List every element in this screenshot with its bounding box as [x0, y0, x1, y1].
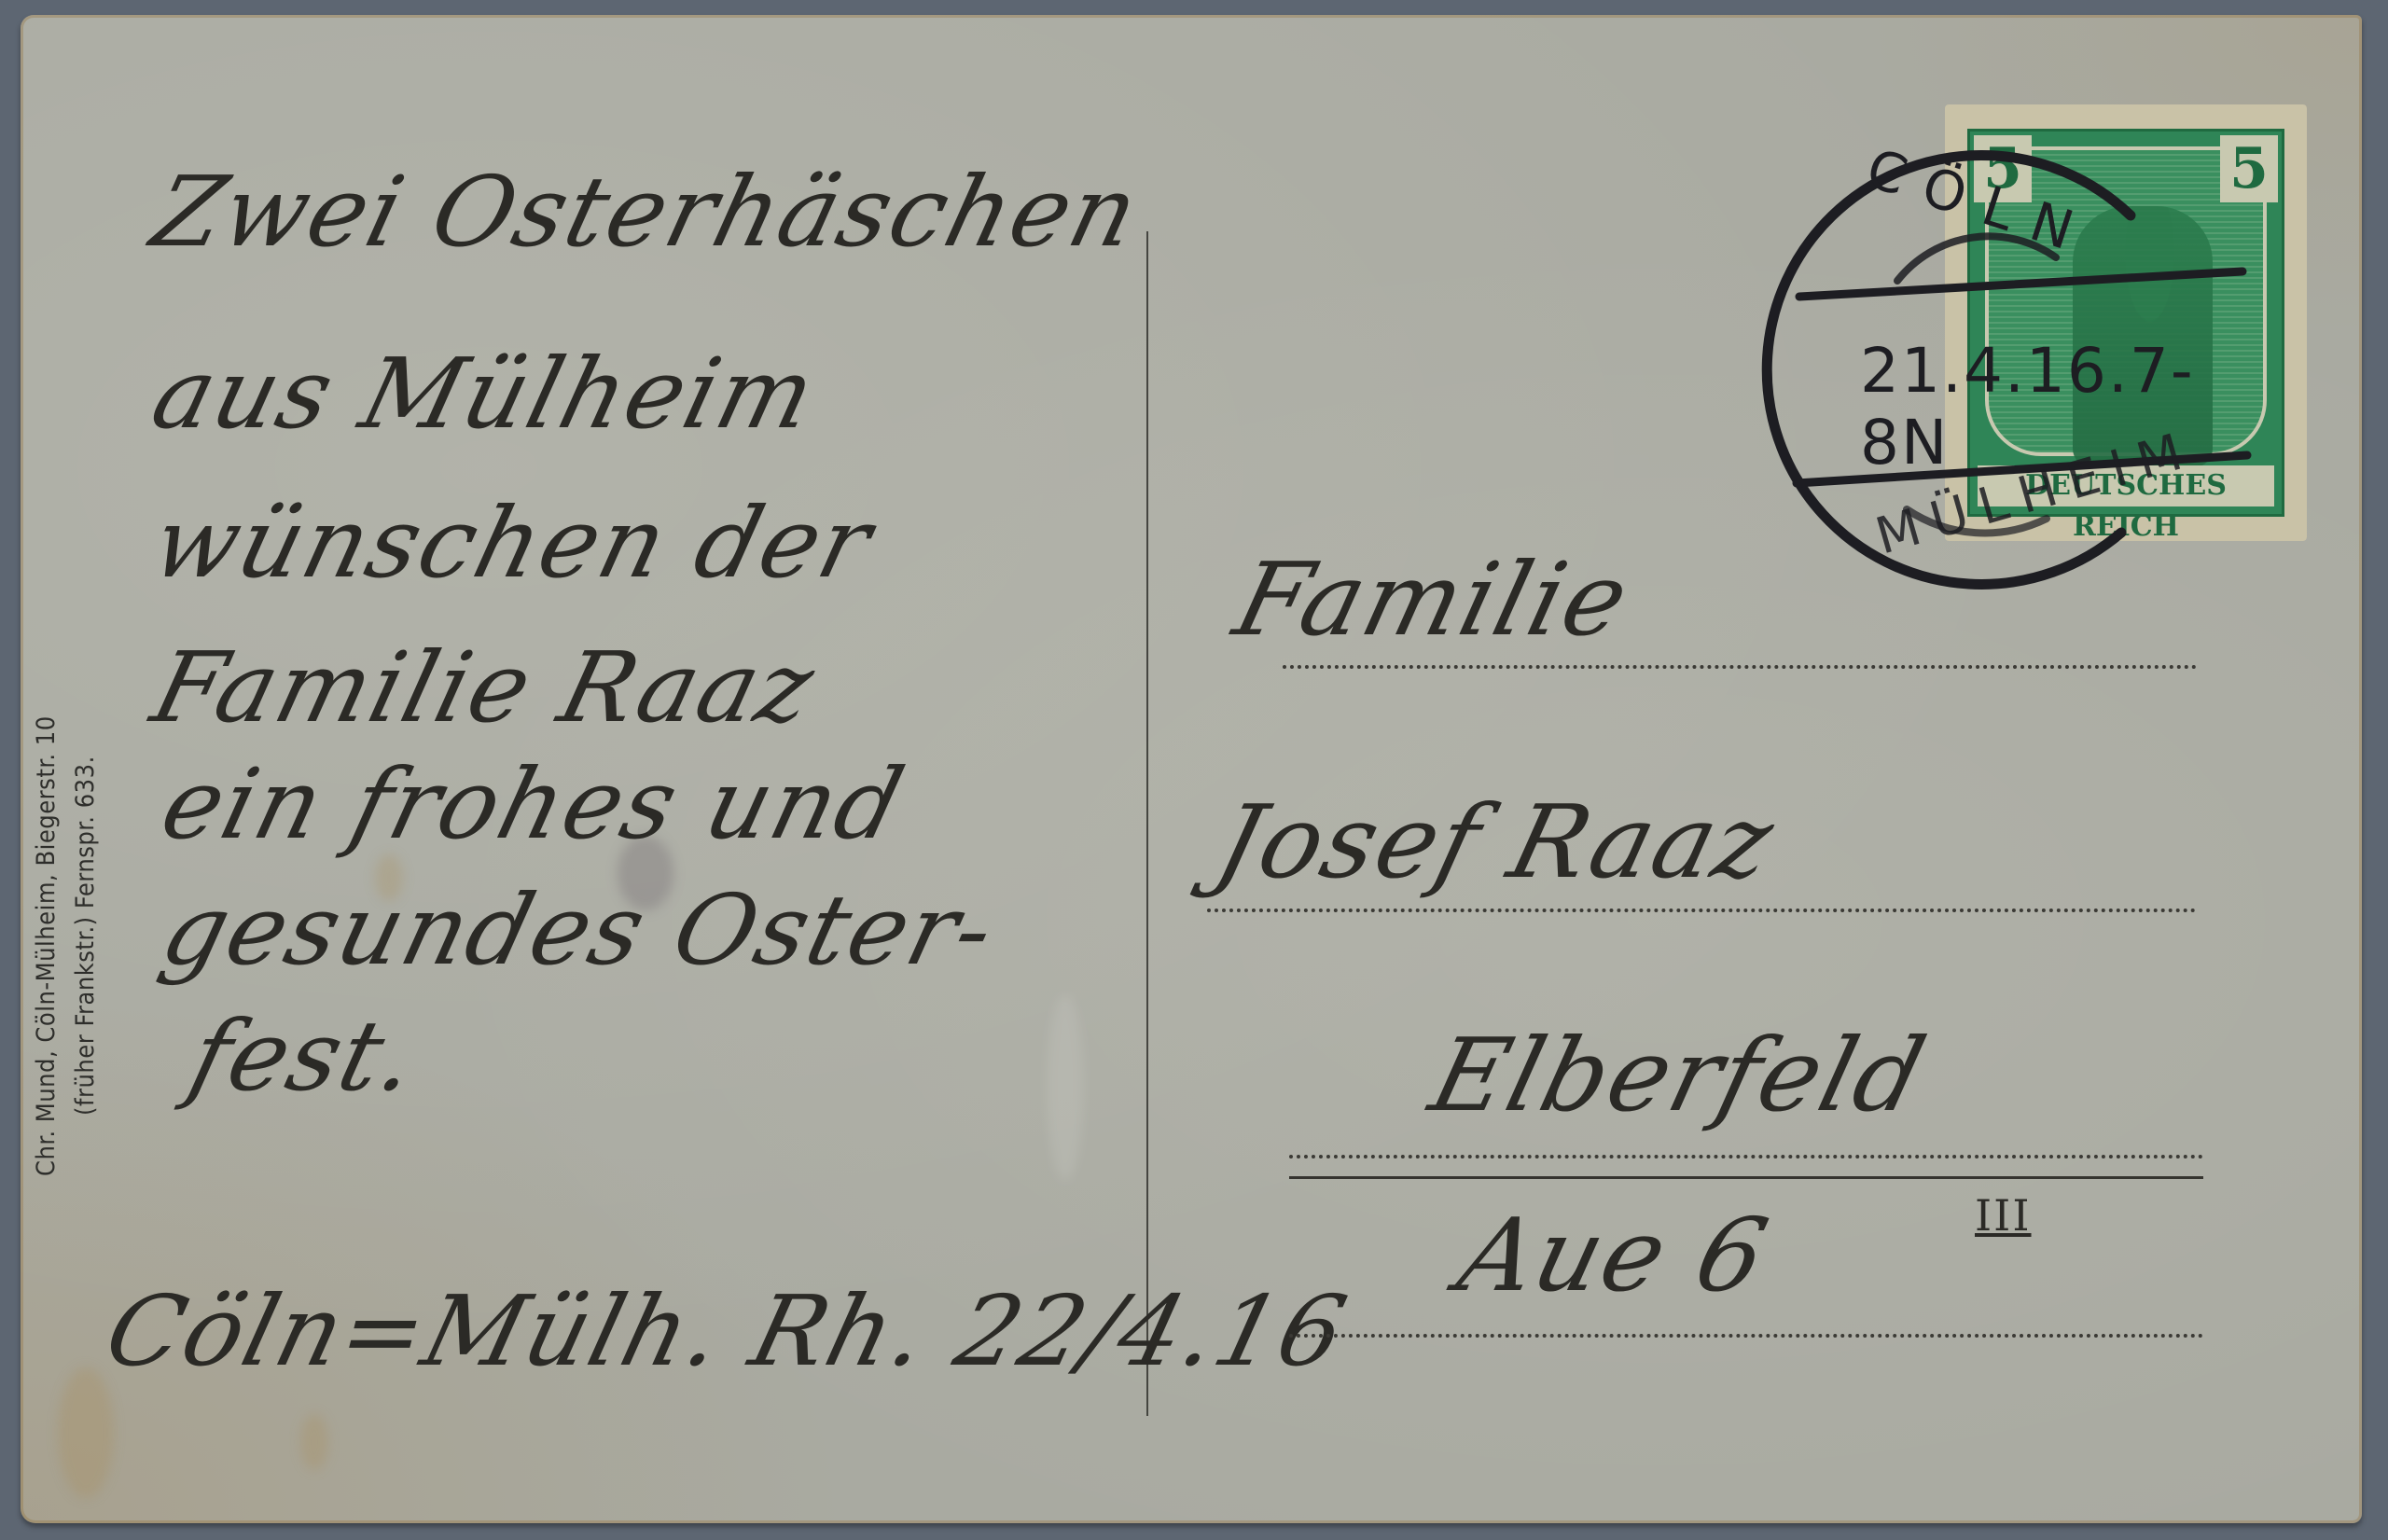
- address-dotted-line-2: [1207, 909, 2196, 912]
- germania-portrait-icon: [2073, 206, 2213, 467]
- message-place-date: Cöln=Mülh. Rh. 22/4.16: [95, 1274, 1358, 1388]
- address-line-3: Elberfeld: [1420, 1018, 1937, 1134]
- stamp-legend: DEUTSCHES REICH: [1978, 465, 2274, 506]
- stamp-value-left: 5: [1974, 135, 2032, 202]
- message-line-3: wünschen der: [142, 486, 883, 600]
- postcard: Chr. Mund, Cöln-Mülheim, Biegerstr. 10 (…: [21, 15, 2362, 1523]
- center-divider-line: [1146, 231, 1148, 1416]
- address-solid-underline: [1289, 1176, 2203, 1179]
- printer-imprint-line2: (früher Frankstr.) Fernspr. 633.: [71, 756, 100, 1116]
- message-line-5: ein frohes und: [151, 747, 916, 861]
- address-line-4: Aue 6: [1448, 1198, 1780, 1314]
- address-line-2: Josef Raaz: [1205, 784, 1786, 901]
- address-dotted-line-4: [1289, 1334, 2203, 1338]
- address-dotted-line-3: [1289, 1155, 2203, 1158]
- message-line-1: Zwei Osterhäschen: [142, 155, 1150, 269]
- foxing-stain: [1047, 994, 1084, 1181]
- message-line-4: Familie Raaz: [142, 631, 826, 744]
- address-floor: III: [1975, 1190, 2032, 1241]
- stamp-value-right: 5: [2220, 135, 2278, 202]
- foxing-stain: [300, 1414, 328, 1470]
- address-line-1: Familie: [1224, 542, 1641, 659]
- address-dotted-line-1: [1283, 665, 2197, 669]
- message-line-6: gesundes Oster-: [151, 873, 1007, 987]
- message-line-2: aus Mülheim: [142, 337, 827, 451]
- stamp-design: 5 5 DEUTSCHES REICH: [1967, 129, 2284, 517]
- postage-stamp: 5 5 DEUTSCHES REICH: [1945, 104, 2307, 541]
- printer-imprint-line1: Chr. Mund, Cöln-Mülheim, Biegerstr. 10: [32, 715, 61, 1176]
- message-line-7: fest.: [179, 999, 430, 1113]
